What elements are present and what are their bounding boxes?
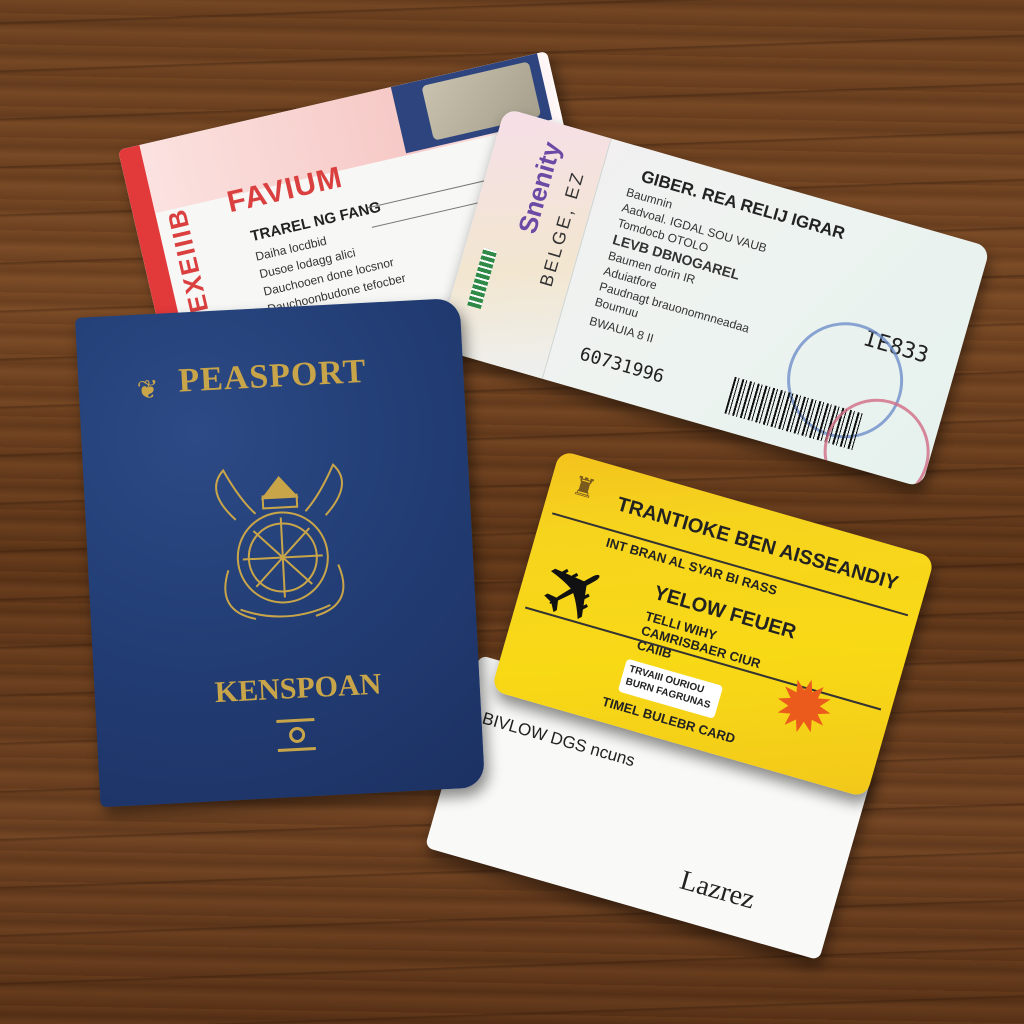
leaf-emblem-icon: ❦ xyxy=(136,374,159,406)
airplane-icon: ✈ xyxy=(526,540,623,642)
passport-country: KENSPOAN xyxy=(214,667,382,710)
passport: ❦ PEASPORT KENSPOAN xyxy=(75,298,485,807)
travel-documents-photo: EXEIIIB FAVIUM TRAREL NG FANG Daiha locd… xyxy=(0,0,1024,1024)
id-card-row: BWAUIA 8 II xyxy=(588,314,656,346)
crest-icon xyxy=(193,453,372,642)
id-card: Snenity BELGE, EZ GIBER. REA RELIJ IGRAR… xyxy=(436,108,990,488)
id-card-number: 60731996 xyxy=(577,344,666,388)
signature: Lazrez xyxy=(676,865,758,917)
passport-title: PEASPORT xyxy=(177,353,367,401)
emblem-icon: ♜ xyxy=(569,470,600,506)
biometric-chip-icon xyxy=(276,718,316,752)
